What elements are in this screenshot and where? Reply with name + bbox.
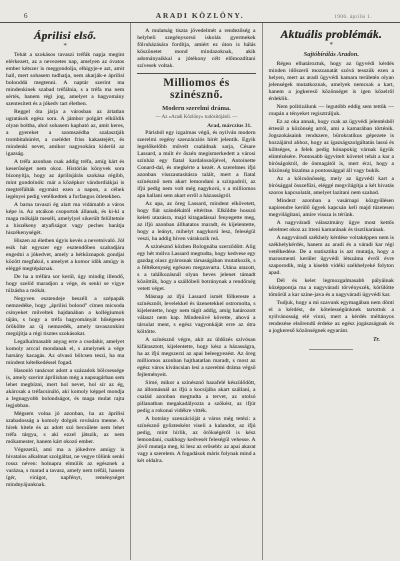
paragraph: A színésznő közben Bolognába szerződött.… xyxy=(137,244,255,293)
paragraph: Negyven esztendeje beszéli a szépapák ne… xyxy=(6,296,124,338)
left-article-title: Áprilisi első. xyxy=(6,30,124,42)
paragraph: A tréfa azonban csak addig tréfa, amíg k… xyxy=(6,159,124,201)
paragraph: Párisból egy izgalmas végű, és nyilván m… xyxy=(137,130,255,200)
column-right: Aktuális problémák. * Sajtóbírálás Arado… xyxy=(263,23,400,560)
paragraph: Legalkalmasabb anyag erre a csodahír, am… xyxy=(6,339,124,367)
paragraph: Az apa, az öreg Lassard, mindent elkövet… xyxy=(137,201,255,243)
paragraph: Símé, mikor a színésznő hazafelé készülő… xyxy=(137,380,255,415)
newspaper-columns: Áprilisi első. * Tehát a szokásos tavasz… xyxy=(0,23,400,560)
right-article-headline: Aktuális problémák. xyxy=(269,29,394,41)
article-signature: Tr. xyxy=(269,337,394,343)
article-end-rule xyxy=(309,349,353,350)
paragraph: A botrány szenzációját a város még tetéz… xyxy=(137,416,255,465)
paragraph: Mindezt azonban a vasárnapi közgyűlésen … xyxy=(269,198,394,219)
middle-article-subtitle: Modern szerelmi dráma. xyxy=(137,105,255,112)
right-article-body: Régen elhatároztuk, hogy az ügyvédi kérd… xyxy=(269,61,394,335)
paragraph: Mégsem volna jó azonban, ha az áprilisi … xyxy=(6,411,124,446)
paragraph: Tudjuk, hogy a mi szavunk egymagában nem… xyxy=(269,300,394,335)
paragraph: A barna tavaszi ég alatt ma vidámabb a v… xyxy=(6,202,124,237)
middle-article-body: Párisból egy izgalmas végű, és nyilván m… xyxy=(137,130,255,465)
paragraph: Tehát a szokásos tavaszi tréfák napja me… xyxy=(6,52,124,108)
paragraph: Az a kölcsönösség, mely az ügyvédi kart … xyxy=(269,176,394,197)
right-article-subtitle: Sajtóbírálás Aradon. xyxy=(269,51,394,58)
star-separator: * xyxy=(269,42,394,48)
page-header: 6 ARADI KÖZLÖNY. 1906. április 1. xyxy=(0,0,400,23)
paragraph: Régen elhatároztuk, hogy az ügyvédi kérd… xyxy=(269,61,394,103)
masthead-title: ARADI KÖZLÖNY. xyxy=(0,11,400,20)
paragraph: Dél és kelet legmozgalmasabb pályáinak k… xyxy=(269,278,394,299)
paragraph: Hiszen az életben úgyis kevés a nevetniv… xyxy=(6,238,124,273)
middle-article-headline: Milliomos és szinésznő. xyxy=(137,77,255,101)
column-middle: A mulatság tiszta jövedelmét a rendezősé… xyxy=(131,23,261,560)
middle-article-dateline: Arad, márczius 31. xyxy=(137,123,255,129)
newspaper-page: 6 ARADI KÖZLÖNY. 1906. április 1. Áprili… xyxy=(0,0,400,561)
paragraph: Másnap az ifjú Lassard ismét fölkereste … xyxy=(137,294,255,336)
article-separator-rule xyxy=(137,73,255,74)
middle-article-byline: — Az «Aradi Közlöny» tudósítójától. — xyxy=(137,115,255,120)
paragraph: Nem politizálunk — legutóbb eddig sem te… xyxy=(269,104,394,118)
left-article-body: Tehát a szokásos tavaszi tréfák napja me… xyxy=(6,52,124,489)
paragraph: A színésznő végre, akit az üldözés szívó… xyxy=(137,337,255,379)
column-left: Áprilisi első. * Tehát a szokásos tavasz… xyxy=(0,23,130,560)
paragraph: Hasonló tanácsot adott a századok bölcse… xyxy=(6,368,124,410)
paragraph: A nagyváradi székhely kérdése voltaképpe… xyxy=(269,235,394,277)
paragraph: Reggel óta járja a városban az ártatlan … xyxy=(6,109,124,158)
paragraph: Végezetül, ami ma a jókedvre amúgy is hi… xyxy=(6,447,124,489)
paragraph: Ez az oka annak, hogy csak az ügyvédi je… xyxy=(269,119,394,175)
paragraph: De ha a tréfára sor kerül, úgy mindig il… xyxy=(6,274,124,295)
continuation-paragraph: A mulatság tiszta jövedelmét a rendezősé… xyxy=(137,28,255,70)
paragraph: A nagyváradi választmány ügye most kettő… xyxy=(269,220,394,234)
star-separator: * xyxy=(6,43,124,49)
